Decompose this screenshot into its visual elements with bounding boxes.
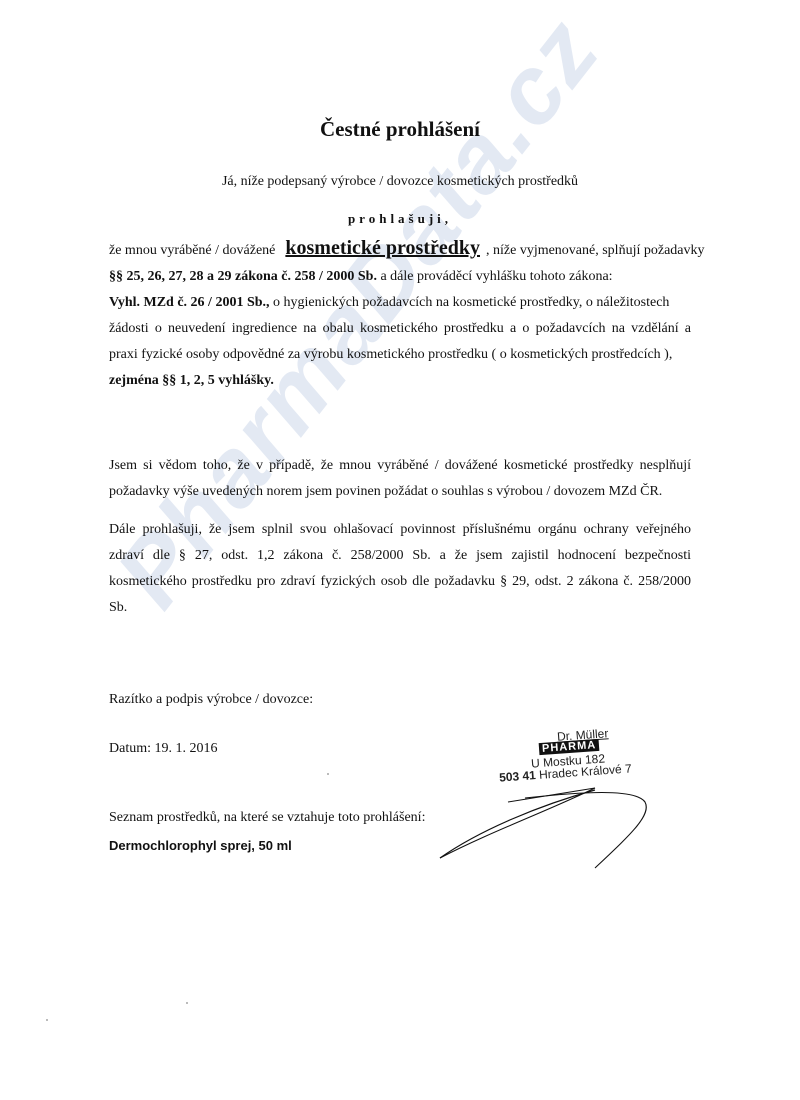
paragraph-line: Sb. — [109, 595, 691, 621]
sections-reference: zejména §§ 1, 2, 5 vyhlášky. — [109, 373, 274, 388]
paragraph-line: praxi fyzické osoby odpovědné za výrobu … — [109, 342, 691, 368]
declaration-word: prohlašuji, — [0, 211, 800, 227]
decree-reference: Vyhl. MZd č. 26 / 2001 Sb., — [109, 295, 270, 310]
scan-speck — [186, 1002, 188, 1004]
scan-speck — [327, 773, 329, 775]
products-list-label: Seznam prostředků, na které se vztahuje … — [109, 810, 425, 826]
text: o hygienických požadavcích na kosmetické… — [270, 295, 670, 310]
text: a dále prováděcí vyhlášku tohoto zákona: — [377, 269, 613, 284]
scan-speck — [46, 1019, 48, 1021]
paragraph-line: Dále prohlašuji, že jsem splnil svou ohl… — [109, 517, 691, 543]
emphasis-cosmetics: kosmetické prostředky — [285, 237, 480, 259]
paragraph-line: Vyhl. MZd č. 26 / 2001 Sb., o hygienický… — [109, 290, 691, 316]
signature — [430, 780, 670, 870]
stamp-signature-label: Razítko a podpis výrobce / dovozce: — [109, 692, 313, 708]
document-page: Čestné prohlášení Já, níže podepsaný výr… — [0, 0, 800, 1100]
paragraph-line: zdraví dle § 27, odst. 1,2 zákona č. 258… — [109, 543, 691, 569]
document-title: Čestné prohlášení — [0, 117, 800, 142]
product-item: Dermochlorophyl sprej, 50 ml — [109, 838, 292, 853]
text: , níže vyjmenované, splňují požadavky — [486, 243, 705, 258]
paragraph-obligations: Dále prohlašuji, že jsem splnil svou ohl… — [109, 517, 691, 621]
paragraph-line: že mnou vyráběné / dováženékosmetické pr… — [109, 235, 691, 264]
paragraph-requirements: že mnou vyráběné / dováženékosmetické pr… — [109, 235, 691, 394]
law-reference: §§ 25, 26, 27, 28 a 29 zákona č. 258 / 2… — [109, 269, 377, 284]
intro-line: Já, níže podepsaný výrobce / dovozce kos… — [0, 174, 800, 190]
paragraph-awareness: Jsem si vědom toho, že v případě, že mno… — [109, 453, 691, 505]
paragraph-line: kosmetického prostředku pro zdraví fyzic… — [109, 569, 691, 595]
paragraph-line: Jsem si vědom toho, že v případě, že mno… — [109, 453, 691, 479]
paragraph-line: zejména §§ 1, 2, 5 vyhlášky. — [109, 368, 691, 394]
paragraph-line: žádosti o neuvedení ingredience na obalu… — [109, 316, 691, 342]
text: že mnou vyráběné / dovážené — [109, 243, 275, 258]
paragraph-line: požadavky výše uvedených norem jsem povi… — [109, 479, 691, 505]
paragraph-line: §§ 25, 26, 27, 28 a 29 zákona č. 258 / 2… — [109, 264, 691, 290]
date-label: Datum: 19. 1. 2016 — [109, 741, 218, 757]
